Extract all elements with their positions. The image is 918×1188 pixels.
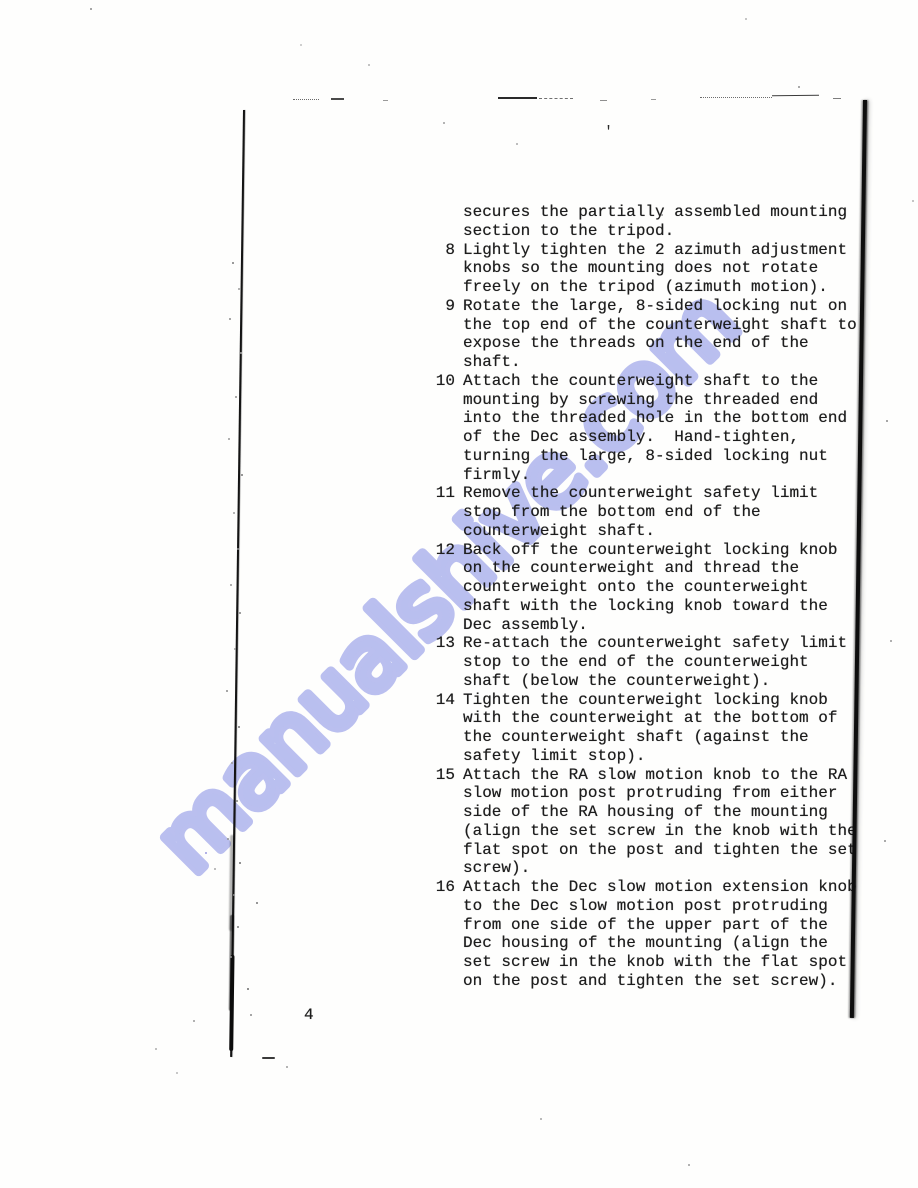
item-text: Rotate the large, 8-sided locking nut on… <box>463 297 857 372</box>
list-item: secures the partially assembled mounting… <box>433 203 857 241</box>
list-item: 16Attach the Dec slow motion extension k… <box>433 878 857 991</box>
item-text: Lightly tighten the 2 azimuth adjustment… <box>463 241 847 297</box>
item-text: Attach the counterweight shaft to the mo… <box>463 372 847 485</box>
top-edge-mark <box>600 100 607 101</box>
list-item: 9Rotate the large, 8-sided locking nut o… <box>433 297 857 372</box>
page-number: 4 <box>304 1006 314 1024</box>
page-edge-left <box>230 110 245 1057</box>
item-text: Attach the RA slow motion knob to the RA… <box>463 766 857 879</box>
item-number <box>433 203 455 241</box>
top-edge-mark <box>383 100 388 101</box>
top-edge-mark <box>833 98 841 99</box>
list-item: 8Lightly tighten the 2 azimuth adjustmen… <box>433 241 857 297</box>
item-number: 11 <box>433 484 455 540</box>
top-edge-mark <box>772 95 819 96</box>
item-text: secures the partially assembled mounting… <box>463 203 847 241</box>
top-edge-mark <box>539 98 573 99</box>
item-number: 16 <box>433 878 455 991</box>
top-edge-mark <box>651 99 656 100</box>
top-edge-mark <box>700 97 772 98</box>
scanned-manual-page: manualshive.com ' secures the partially … <box>0 0 918 1188</box>
page-edge-left-dash <box>262 1057 275 1059</box>
item-number: 13 <box>433 634 455 690</box>
item-text: Attach the Dec slow motion extension kno… <box>463 878 857 991</box>
list-item: 14Tighten the counterweight locking knob… <box>433 691 857 766</box>
item-number: 9 <box>433 297 455 372</box>
top-edge-mark <box>293 99 319 100</box>
item-text: Remove the counterweight safety limit st… <box>463 484 818 540</box>
list-item: 11Remove the counterweight safety limit … <box>433 484 857 540</box>
list-item: 12Back off the counterweight locking kno… <box>433 541 857 635</box>
list-item: 10Attach the counterweight shaft to the … <box>433 372 857 485</box>
item-text: Back off the counterweight locking knob … <box>463 541 837 635</box>
list-item: 13Re-attach the counterweight safety lim… <box>433 634 857 690</box>
list-item: 15Attach the RA slow motion knob to the … <box>433 766 857 879</box>
item-number: 10 <box>433 372 455 485</box>
item-number: 8 <box>433 241 455 297</box>
instruction-list: secures the partially assembled mounting… <box>433 203 857 991</box>
item-number: 12 <box>433 541 455 635</box>
top-edge-mark <box>331 98 344 100</box>
item-text: Tighten the counterweight locking knob w… <box>463 691 837 766</box>
top-edge-mark <box>498 97 537 99</box>
stray-mark: ' <box>604 124 613 141</box>
item-number: 15 <box>433 766 455 879</box>
scan-noise <box>0 0 2 2</box>
item-text: Re-attach the counterweight safety limit… <box>463 634 847 690</box>
item-number: 14 <box>433 691 455 766</box>
